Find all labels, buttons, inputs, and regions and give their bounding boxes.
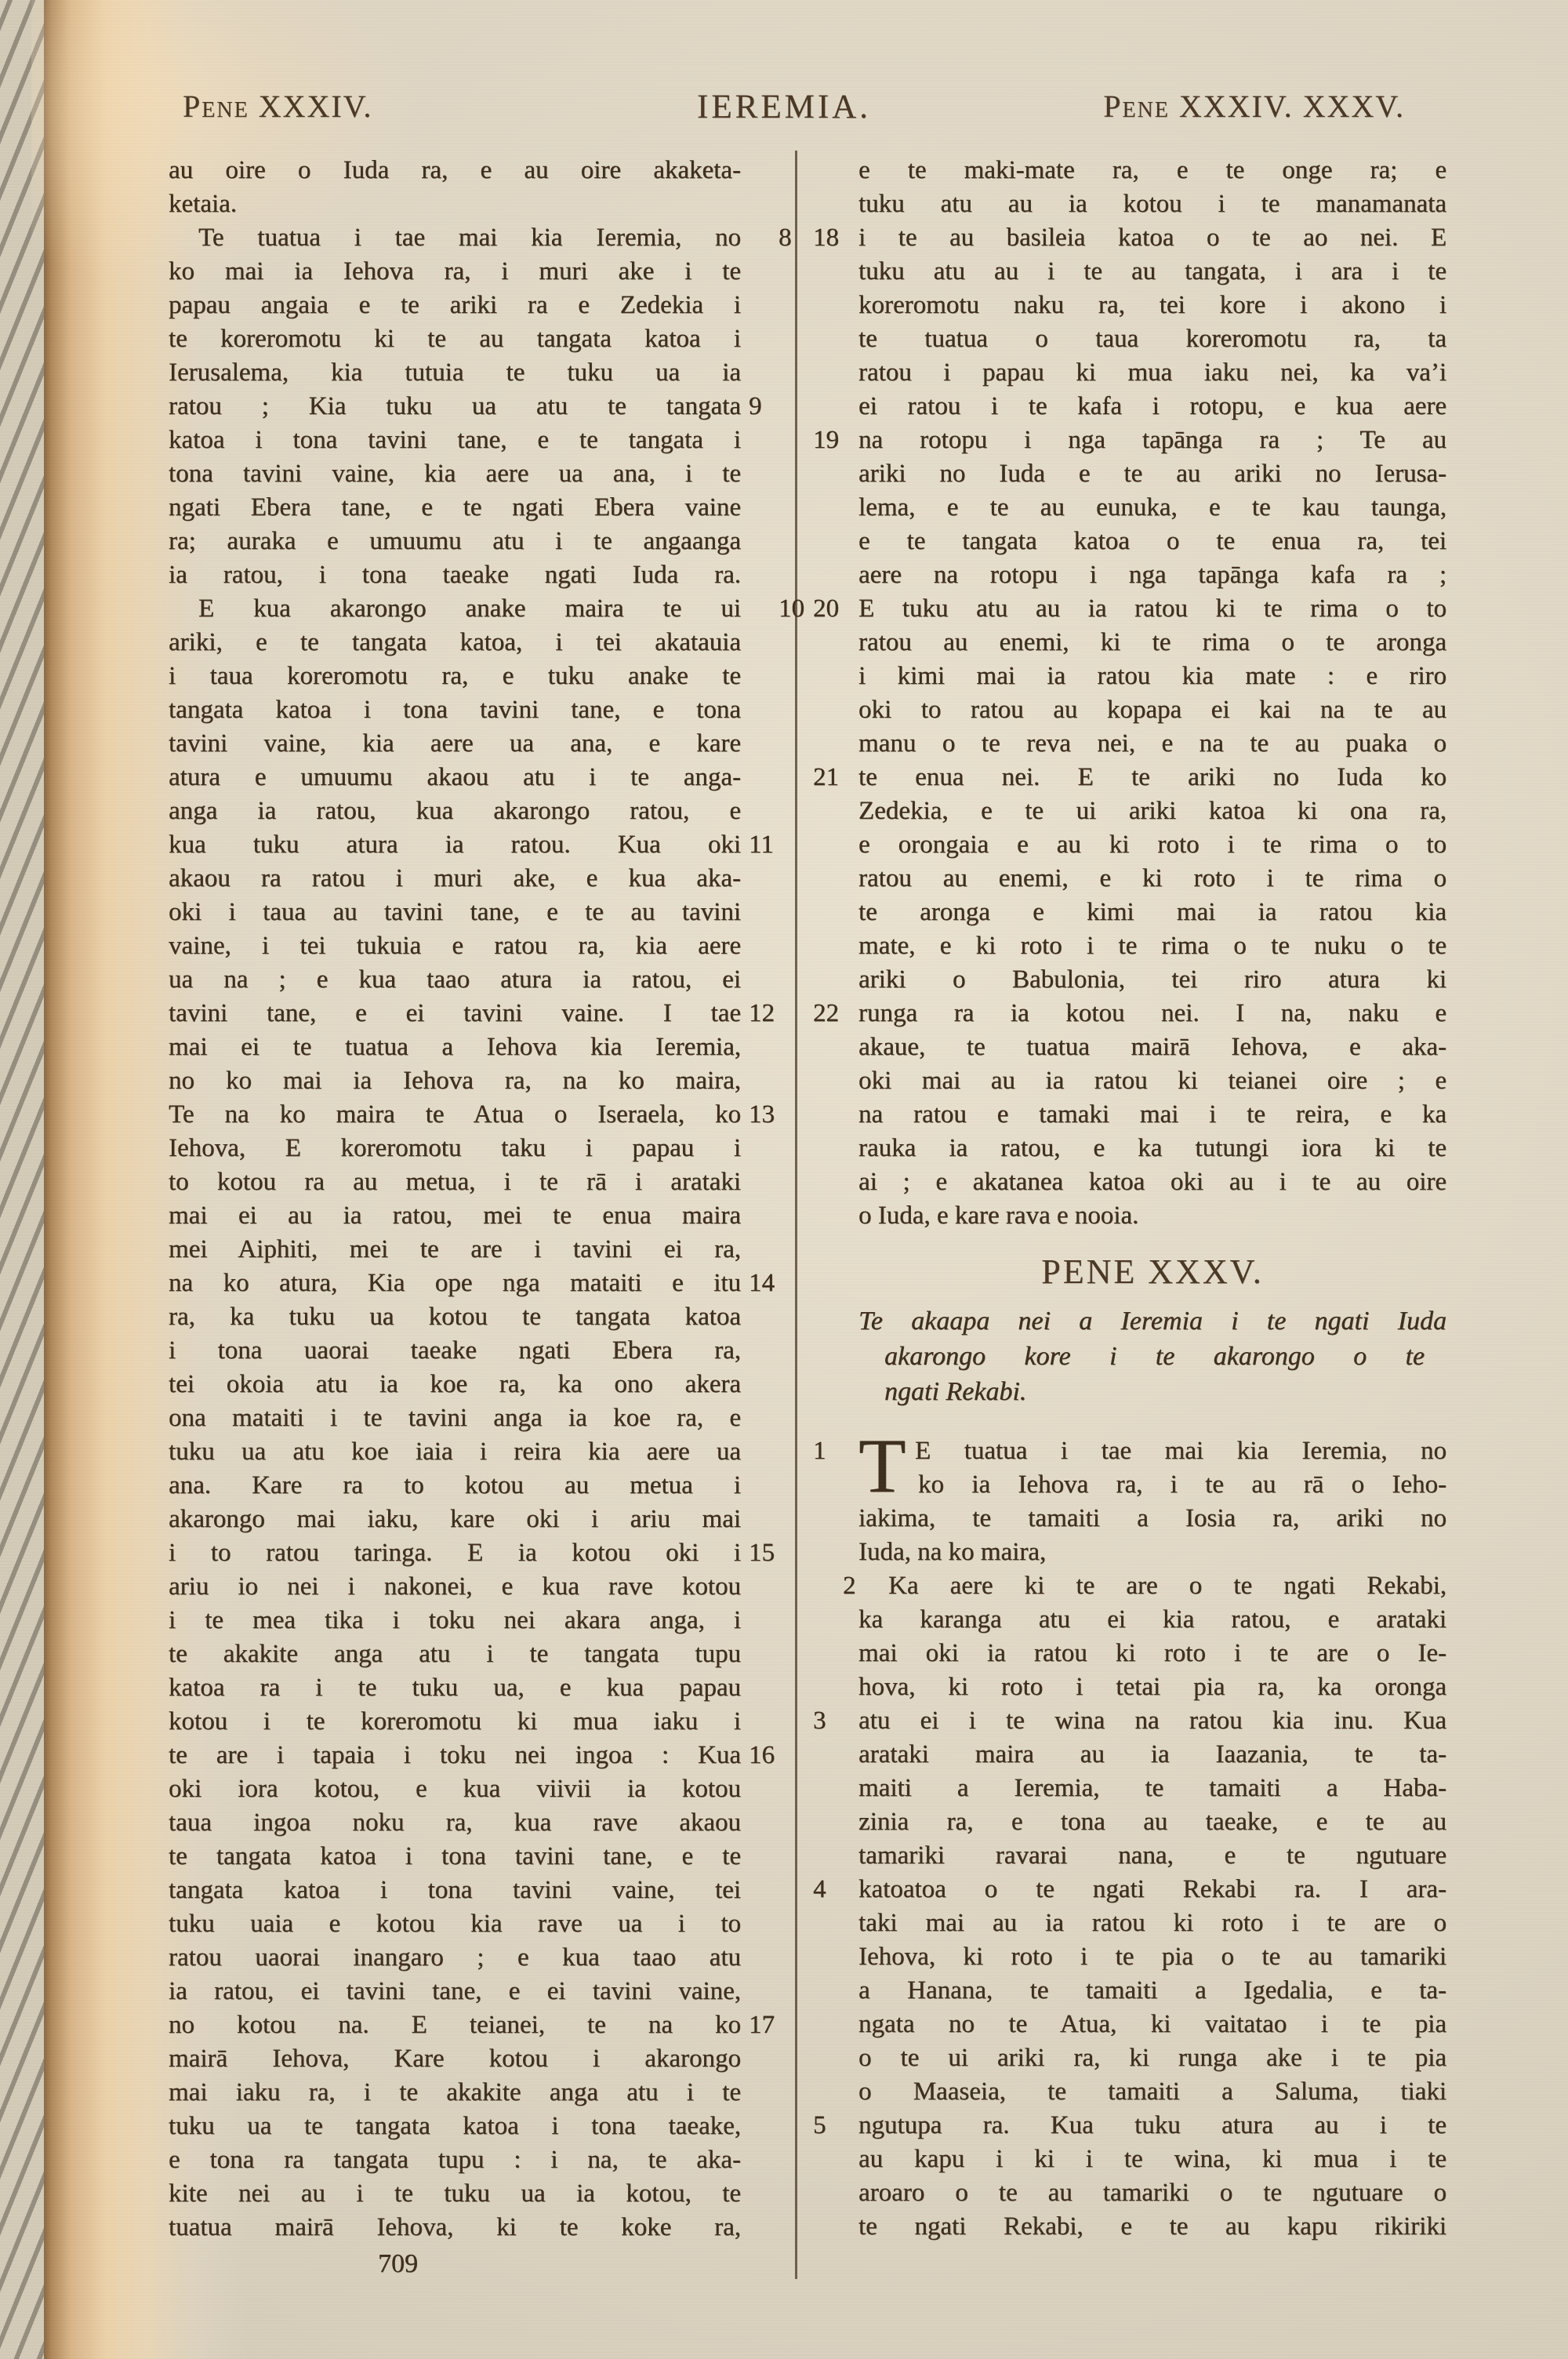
- verse-number: 2: [813, 1569, 852, 1603]
- verse-number: 19: [813, 423, 852, 457]
- text-line: 13Te na ko maira te Atua o Iseraela, ko: [169, 1098, 741, 1132]
- text-line: ratou i papau ki mua iaku nei, ka va’i: [858, 356, 1446, 390]
- text-line: ariki no Iuda e te au ariki no Ierusa-: [858, 457, 1446, 491]
- verse-number: 11: [749, 828, 797, 862]
- text-line: tangata katoa i tona tavini tane, e tona: [169, 693, 741, 727]
- text-line: i taua koreromotu ra, e tuku anake te: [169, 660, 741, 693]
- text-line: ra, ka tuku ua kotou te tangata katoa: [169, 1300, 741, 1334]
- text-line: 20E tuku atu au ia ratou ki te rima o to: [858, 592, 1446, 626]
- text-line: ariki, e te tangata katoa, i tei akataui…: [169, 626, 741, 660]
- text-line: akaou ra ratou i muri ake, e kua aka-: [169, 862, 741, 896]
- text-line: 2Ka aere ki te are o te ngati Rekabi,: [858, 1569, 1446, 1603]
- chapter-summary-line: Te akaapa nei a Ieremia i te ngati Iuda: [858, 1303, 1446, 1339]
- text-line: 18i te au basileia katoa o te ao nei. E: [858, 221, 1446, 255]
- verse-number: 1: [813, 1434, 852, 1468]
- text-line: 22runga ra ia kotou nei. I na, naku e: [858, 997, 1446, 1030]
- text-line: e tona ra tangata tupu : i na, te aka-: [169, 2143, 741, 2177]
- text-line: aroaro o te au tamariki o te ngutuare o: [858, 2176, 1446, 2210]
- text-line: ua na ; e kua taao atura ia ratou, ei: [169, 963, 741, 997]
- text-line: mei Aiphiti, mei te are i tavini ei ra,: [169, 1233, 741, 1267]
- left-text-column: au oire o Iuda ra, e au oire akaketa-ket…: [169, 154, 741, 2245]
- verse-number: 18: [813, 221, 852, 255]
- text-line: tei okoia atu ia koe ra, ka ono akera: [169, 1368, 741, 1401]
- text-line: e te maki-mate ra, e te onge ra; e: [858, 154, 1446, 187]
- verse-number: 13: [749, 1098, 797, 1132]
- column-divider-rule: [795, 151, 797, 2279]
- text-line: mai ei te tuatua a Iehova kia Ieremia,: [169, 1030, 741, 1064]
- text-line: ko ia Iehova ra, i te au rā o Ieho-: [858, 1468, 1446, 1502]
- text-line: mate, e ki roto i te rima o te nuku o te: [858, 929, 1446, 963]
- text-line: ka karanga atu ei kia ratou, e arataki: [858, 1603, 1446, 1637]
- text-line: lema, e te au eunuka, e te kau taunga,: [858, 491, 1446, 525]
- right-column-verses-2: 1TE tuatua i tae mai kia Ieremia, noko i…: [858, 1434, 1446, 2244]
- text-line: akaue, te tuatua mairā Iehova, e aka-: [858, 1030, 1446, 1064]
- text-line: tuku atu au ia kotou i te manamanata: [858, 187, 1446, 221]
- text-line: 19na rotopu i nga tapānga ra ; Te au: [858, 423, 1446, 457]
- right-column-verses: e te maki-mate ra, e te onge ra; etuku a…: [858, 154, 1446, 1233]
- verse-number: 12: [749, 997, 797, 1030]
- text-line: 4katoatoa o te ngati Rekabi ra. I ara-: [858, 1873, 1446, 1906]
- text-line: no ko mai ia Iehova ra, na ko maira,: [169, 1064, 741, 1098]
- text-line: taua ingoa noku ra, kua rave akaou: [169, 1806, 741, 1840]
- text-line: iakima, te tamaiti a Iosia ra, ariki no: [858, 1502, 1446, 1536]
- text-line: oki iora kotou, e kua viivii ia kotou: [169, 1772, 741, 1806]
- text-line: aere na rotopu i nga tapānga kafa ra ;: [858, 558, 1446, 592]
- text-line: ketaia.: [169, 187, 741, 221]
- text-line: o Iuda, e kare rava e nooia.: [858, 1199, 1446, 1233]
- text-line: ra; auraka e umuumu atu i te angaanga: [169, 525, 741, 558]
- text-line: ariu io nei i nakonei, e kua rave kotou: [169, 1570, 741, 1604]
- verse-number: 10: [749, 592, 797, 626]
- text-line: 3atu ei i te wina na ratou kia inu. Kua: [858, 1704, 1446, 1738]
- text-line: taki mai au ia ratou ki roto i te are o: [858, 1906, 1446, 1940]
- drop-cap-letter: T: [858, 1434, 915, 1468]
- text-line: arataki maira au ia Iaazania, te ta-: [858, 1738, 1446, 1772]
- text-line: 12tavini tane, e ei tavini vaine. I tae: [169, 997, 741, 1030]
- text-line: tavini vaine, kia aere ua ana, e kare: [169, 727, 741, 761]
- text-line: au oire o Iuda ra, e au oire akaketa-: [169, 154, 741, 187]
- text-line: mai iaku ra, i te akakite anga atu i te: [169, 2076, 741, 2110]
- text-line: tuku ua te tangata katoa i tona taeake,: [169, 2110, 741, 2143]
- text-line: 14na ko atura, Kia ope nga mataiti e itu: [169, 1267, 741, 1300]
- text-line: tuku uaia e kotou kia rave ua i to: [169, 1907, 741, 1941]
- text-line: ngata no te Atua, ki vaitatao i te pia: [858, 2008, 1446, 2041]
- text-line: te aronga e kimi mai ia ratou kia: [858, 896, 1446, 929]
- verse-number: 9: [749, 390, 797, 423]
- verse-number: 22: [813, 997, 852, 1030]
- text-line: kite nei au i te tuku ua ia kotou, te: [169, 2177, 741, 2211]
- text-line: 1TE tuatua i tae mai kia Ieremia, no: [858, 1434, 1446, 1468]
- text-line: vaine, i tei tukuia e ratou ra, kia aere: [169, 929, 741, 963]
- text-line: ngati Ebera tane, e te ngati Ebera vaine: [169, 491, 741, 525]
- text-line: 8Te tuatua i tae mai kia Ieremia, no: [169, 221, 741, 255]
- verse-number: 4: [813, 1873, 852, 1906]
- text-line: Iuda, na ko maira,: [858, 1536, 1446, 1569]
- text-line: akarongo mai iaku, kare oki i ariu mai: [169, 1503, 741, 1536]
- verse-number: 17: [749, 2008, 797, 2042]
- text-line: ariki o Babulonia, tei riro atura ki: [858, 963, 1446, 997]
- text-line: i kimi mai ia ratou kia mate : e riro: [858, 660, 1446, 693]
- text-line: zinia ra, e tona au taeake, e te au: [858, 1805, 1446, 1839]
- text-line: te tuatua o taua koreromotu ra, ta: [858, 322, 1446, 356]
- text-line: ratou uaorai inangaro ; e kua taao atu: [169, 1941, 741, 1975]
- text-line: e te tangata katoa o te enua ra, tei: [858, 525, 1446, 558]
- verse-number: 8: [749, 221, 797, 255]
- text-line: o Maaseia, te tamaiti a Saluma, tiaki: [858, 2075, 1446, 2109]
- text-line: te akakite anga atu i te tangata tupu: [169, 1637, 741, 1671]
- text-line: ia ratou, i tona taeake ngati Iuda ra.: [169, 558, 741, 592]
- running-header-left: Pene XXXIV.: [183, 88, 372, 125]
- verse-number: 3: [813, 1704, 852, 1738]
- text-line: 15i to ratou taringa. E ia kotou oki i: [169, 1536, 741, 1570]
- text-line: tuatua mairā Iehova, ki te koke ra,: [169, 2211, 741, 2245]
- text-line: Ierusalema, kia tutuia te tuku ua ia: [169, 356, 741, 390]
- verse-number: 20: [813, 592, 852, 626]
- verse-number: 15: [749, 1536, 797, 1570]
- text-line: ana. Kare ra to kotou au metua i: [169, 1469, 741, 1503]
- text-line: te tangata katoa i tona tavini tane, e t…: [169, 1840, 741, 1874]
- text-line: i te mea tika i toku nei akara anga, i: [169, 1604, 741, 1637]
- text-line: koreromotu naku ra, tei kore i akono i: [858, 289, 1446, 322]
- text-line: 21te enua nei. E te ariki no Iuda ko: [858, 761, 1446, 794]
- text-line: manu o te reva nei, e na te au puaka o: [858, 727, 1446, 761]
- text-line: 16te are i tapaia i toku nei ingoa : Kua: [169, 1739, 741, 1772]
- text-line: katoa i tona tavini tane, e te tangata i: [169, 423, 741, 457]
- text-line: tona tavini vaine, kia aere ua ana, i te: [169, 457, 741, 491]
- text-line: oki i taua au tavini tane, e te au tavin…: [169, 896, 741, 929]
- text-line: atura e umuumu akaou atu i te anga-: [169, 761, 741, 794]
- text-line: 11kua tuku atura ia ratou. Kua oki: [169, 828, 741, 862]
- text-line: tangata katoa i tona tavini vaine, tei: [169, 1874, 741, 1907]
- text-line: ei ratou i te kafa i rotopu, e kua aere: [858, 390, 1446, 423]
- text-line: ratou au enemi, ki te rima o te aronga: [858, 626, 1446, 660]
- text-line: o te ui ariki ra, ki runga ake i te pia: [858, 2041, 1446, 2075]
- chapter-summary-line: akarongo kore i te akarongo o te: [858, 1339, 1446, 1374]
- text-line: 5ngutupa ra. Kua tuku atura au i te: [858, 2109, 1446, 2143]
- chapter-heading: PENE XXXV.: [858, 1250, 1446, 1294]
- text-line: oki to ratou au kopapa ei kai na te au: [858, 693, 1446, 727]
- text-line: ona mataiti i te tavini anga ia koe ra, …: [169, 1401, 741, 1435]
- text-line: Zedekia, e te ui ariki katoa ki ona ra,: [858, 794, 1446, 828]
- text-line: papau angaia e te ariki ra e Zedekia i: [169, 289, 741, 322]
- text-line: Iehova, E koreromotu taku i papau i: [169, 1132, 741, 1165]
- text-line: te ngati Rekabi, e te au kapu rikiriki: [858, 2210, 1446, 2244]
- book-title: IEREMIA.: [549, 88, 1019, 126]
- text-line: i tona uaorai taeake ngati Ebera ra,: [169, 1334, 741, 1368]
- text-line: 10E kua akarongo anake maira te ui: [169, 592, 741, 626]
- text-line: mairā Iehova, Kare kotou i akarongo: [169, 2042, 741, 2076]
- text-line: katoa ra i te tuku ua, e kua papau: [169, 1671, 741, 1705]
- page-number: 709: [169, 2249, 627, 2279]
- text-line: tuku ua atu koe iaia i reira kia aere ua: [169, 1435, 741, 1469]
- text-line: tuku atu au i te au tangata, i ara i te: [858, 255, 1446, 289]
- text-line: tamariki ravarai nana, e te ngutuare: [858, 1839, 1446, 1873]
- text-line: e orongaia e au ki roto i te rima o to: [858, 828, 1446, 862]
- text-line: 17no kotou na. E teianei, te na ko: [169, 2008, 741, 2042]
- text-line: Iehova, ki roto i te pia o te au tamarik…: [858, 1940, 1446, 1974]
- text-line: anga ia ratou, kua akarongo ratou, e: [169, 794, 741, 828]
- text-line: te koreromotu ki te au tangata katoa i: [169, 322, 741, 356]
- verse-number: 5: [813, 2109, 852, 2143]
- text-line: au kapu i ki i te wina, ki mua i te: [858, 2143, 1446, 2176]
- verse-number: 21: [813, 761, 852, 794]
- text-line: hova, ki roto i tetai pia ra, ka oronga: [858, 1670, 1446, 1704]
- text-line: na ratou e tamaki mai i te reira, e ka: [858, 1098, 1446, 1132]
- text-line: ratou au enemi, e ki roto i te rima o: [858, 862, 1446, 896]
- text-line: a Hanana, te tamaiti a Igedalia, e ta-: [858, 1974, 1446, 2008]
- right-text-column: e te maki-mate ra, e te onge ra; etuku a…: [858, 154, 1446, 2244]
- text-line: ko mai ia Iehova ra, i muri ake i te: [169, 255, 741, 289]
- text-line: to kotou ra au metua, i te rā i arataki: [169, 1165, 741, 1199]
- text-line: oki mai au ia ratou ki teianei oire ; e: [858, 1064, 1446, 1098]
- text-line: mai ei au ia ratou, mei te enua maira: [169, 1199, 741, 1233]
- text-line: 9ratou ; Kia tuku ua atu te tangata: [169, 390, 741, 423]
- verse-number: 16: [749, 1739, 797, 1772]
- text-line: ai ; e akatanea katoa oki au i te au oir…: [858, 1165, 1446, 1199]
- text-line: mai oki ia ratou ki roto i te are o Ie-: [858, 1637, 1446, 1670]
- chapter-summary-line: ngati Rekabi.: [858, 1374, 1446, 1409]
- text-line: ia ratou, ei tavini tane, e ei tavini va…: [169, 1975, 741, 2008]
- running-header-right: Pene XXXIV. XXXV.: [1103, 88, 1405, 125]
- text-line: rauka ia ratou, e ka tutungi iora ki te: [858, 1132, 1446, 1165]
- text-line: kotou i te koreromotu ki mua iaku i: [169, 1705, 741, 1739]
- text-line: maiti a Ieremia, te tamaiti a Haba-: [858, 1772, 1446, 1805]
- chapter-summary: Te akaapa nei a Ieremia i te ngati Iudaa…: [858, 1303, 1446, 1409]
- verse-number: 14: [749, 1267, 797, 1300]
